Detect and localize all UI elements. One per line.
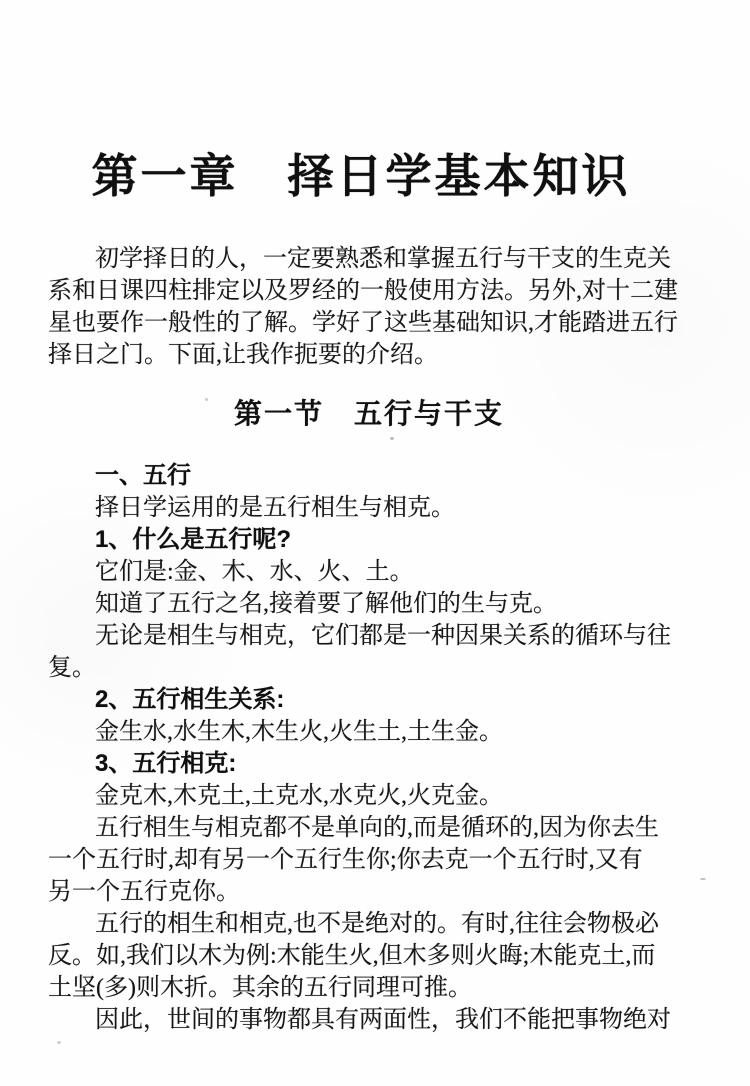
body-line: 五行的相生和相克,也不是绝对的。有时,往往会物极必	[48, 908, 668, 940]
scan-speck	[390, 437, 394, 440]
body-line: 五行相生与相克都不是单向的,而是循环的,因为你去生	[48, 812, 668, 844]
book-page: 第一章 择日学基本知识 初学择日的人，一定要熟悉和掌握五行与干支的生克关 系和日…	[0, 0, 750, 1086]
body-text: 一、五行 择日学运用的是五行相生与相克。 1、什么是五行呢? 它们是:金、木、水…	[48, 460, 668, 1036]
body-line: 它们是:金、木、水、火、土。	[48, 556, 668, 588]
body-line-heading: 3、五行相克:	[48, 748, 668, 780]
section-title: 第一节 五行与干支	[0, 396, 744, 432]
intro-line: 初学择日的人，一定要熟悉和掌握五行与干支的生克关	[48, 243, 668, 275]
chapter-title: 第一章 择日学基本知识	[0, 148, 736, 206]
body-line: 因此，世间的事物都具有两面性，我们不能把事物绝对	[48, 1004, 668, 1036]
body-line: 另一个五行克你。	[48, 876, 668, 908]
scan-speck	[57, 1041, 61, 1044]
scan-speck	[700, 878, 706, 880]
body-line-heading: 2、五行相生关系:	[48, 684, 668, 716]
body-line: 一个五行时,却有另一个五行生你;你去克一个五行时,又有	[48, 844, 668, 876]
body-line: 无论是相生与相克，它们都是一种因果关系的循环与往	[48, 620, 668, 652]
intro-line: 星也要作一般性的了解。学好了这些基础知识,才能踏进五行	[48, 307, 668, 339]
body-line: 择日学运用的是五行相生与相克。	[48, 492, 668, 524]
intro-line: 择日之门。下面,让我作扼要的介绍。	[48, 339, 668, 371]
intro-line: 系和日课四柱排定以及罗经的一般使用方法。另外,对十二建	[48, 275, 668, 307]
body-line: 金克木,木克土,土克水,水克火,火克金。	[48, 780, 668, 812]
intro-paragraph: 初学择日的人，一定要熟悉和掌握五行与干支的生克关 系和日课四柱排定以及罗经的一般…	[48, 243, 668, 371]
body-line: 反。如,我们以木为例:木能生火,但木多则火晦;木能克土,而	[48, 940, 668, 972]
body-line: 复。	[48, 652, 668, 684]
body-line: 金生水,水生木,木生火,火生土,土生金。	[48, 716, 668, 748]
body-line-heading: 一、五行	[48, 460, 668, 492]
body-line: 土坚(多)则木折。其余的五行同理可推。	[48, 972, 668, 1004]
body-line-heading: 1、什么是五行呢?	[48, 524, 668, 556]
body-line: 知道了五行之名,接着要了解他们的生与克。	[48, 588, 668, 620]
